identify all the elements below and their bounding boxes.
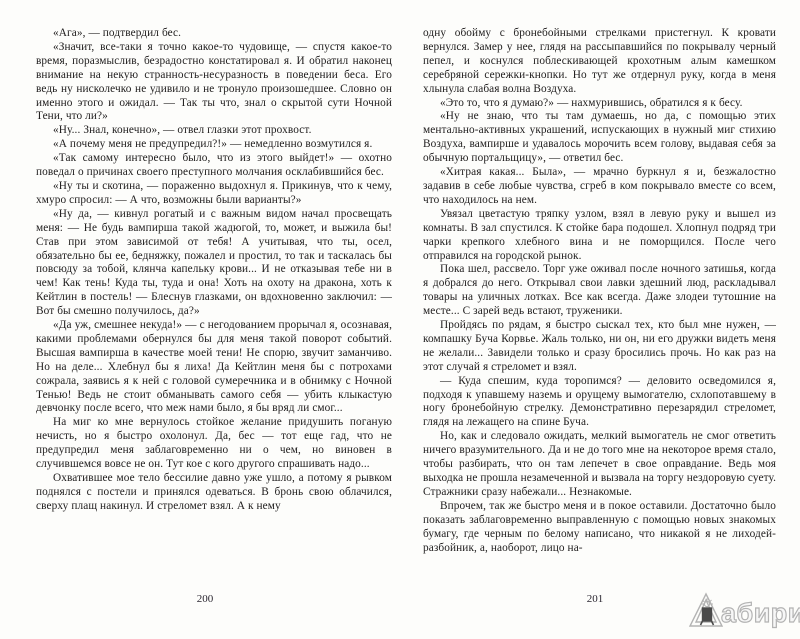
page-number-right: 201	[565, 593, 625, 605]
left-page-text: «Ага», — подтвердил бес.«Значит, все-так…	[36, 27, 392, 593]
paragraph: «А почему меня не предупредил?!» — немед…	[36, 138, 392, 152]
page-number-left: 200	[175, 593, 235, 605]
paragraph: «Да уж, смешнее некуда!» — с негодование…	[36, 319, 392, 416]
paragraph: — Куда спешим, куда торопимся? — деловит…	[423, 375, 776, 431]
labirint-watermark: абиринт	[688, 588, 800, 628]
paragraph: «Ну не знаю, что ты там думаешь, но да, …	[423, 110, 776, 166]
book-spread: «Ага», — подтвердил бес.«Значит, все-так…	[0, 0, 800, 639]
paragraph: «Так самому интересно было, что из этого…	[36, 152, 392, 180]
paragraph: «Ну да, — кивнул рогатый и с важным видо…	[36, 208, 392, 319]
right-page-text: одну обойму с бронебойными стрелками при…	[423, 27, 776, 593]
paragraph: «Значит, все-таки я точно какое-то чудов…	[36, 41, 392, 124]
paragraph: одну обойму с бронебойными стрелками при…	[423, 27, 776, 97]
paragraph: «Ага», — подтвердил бес.	[36, 27, 392, 41]
paragraph: «Ну ты и скотина, — пораженно выдохнул я…	[36, 180, 392, 208]
paragraph: Увязал цветастую тряпку узлом, взял в ле…	[423, 208, 776, 264]
paragraph: «Это то, что я думаю?» — нахмурившись, о…	[423, 97, 776, 111]
watermark-text: абиринт	[721, 598, 800, 628]
paragraph: На миг ко мне вернулось стойкое желание …	[36, 416, 392, 472]
paragraph: Но, как и следовало ожидать, мелкий вымо…	[423, 430, 776, 500]
paragraph: Пока шел, рассвело. Торг уже оживал посл…	[423, 263, 776, 319]
paragraph: Пройдясь по рядам, я быстро сыскал тех, …	[423, 319, 776, 375]
paragraph: Впрочем, так же быстро меня и в покое ос…	[423, 500, 776, 556]
labirint-logo-icon	[688, 588, 725, 628]
paragraph: Охватившее мое тело бессилие давно уже у…	[36, 472, 392, 514]
paragraph: «Ну... Знал, конечно», — отвел глазки эт…	[36, 124, 392, 138]
paragraph: «Хитрая какая... Была», — мрачно буркнул…	[423, 166, 776, 208]
